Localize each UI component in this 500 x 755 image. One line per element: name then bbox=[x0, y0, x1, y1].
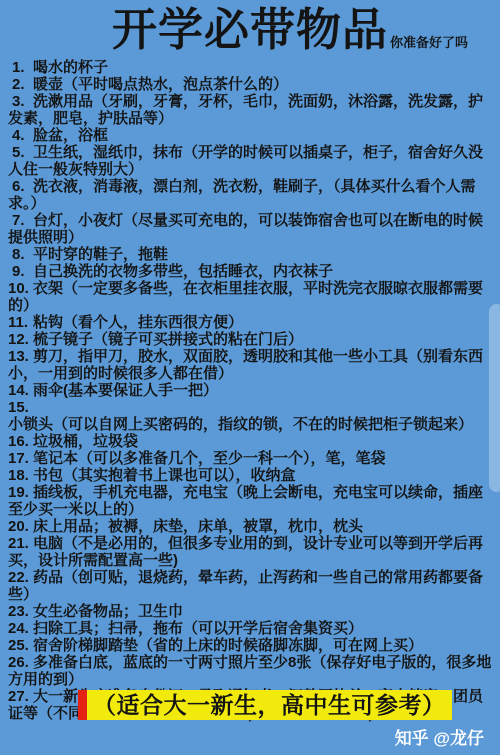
list-item-number: 21. bbox=[8, 535, 33, 552]
list-item-text: 暖壶（平时喝点热水，泡点茶什么的） bbox=[33, 76, 288, 93]
list-item-number: 26. bbox=[8, 654, 33, 671]
list-item: 15.小锁头（可以自网上买密码的，指纹的锁，不在的时候把柜子锁起来） bbox=[8, 399, 494, 433]
list-item: 20.床上用品；被褥，床垫，床单，被罩，枕巾，枕头 bbox=[8, 518, 494, 535]
list-item-text: 洗衣液，消毒液，漂白剂，洗衣粉，鞋刷子，（具体买什么看个人需求。） bbox=[8, 178, 476, 212]
list-item-text: 衣架（一定要多备些，在衣柜里挂衣服，平时洗完衣服晾衣服都需要的） bbox=[8, 280, 483, 314]
banner-row: （适合大一新生，高中生可参考） bbox=[78, 690, 452, 720]
list-item-text: 小锁头（可以自网上买密码的，指纹的锁，不在的时候把柜子锁起来） bbox=[8, 416, 473, 433]
list-item-number: 2. bbox=[8, 76, 33, 93]
list-item-number: 13. bbox=[8, 348, 33, 365]
list-item-number: 12. bbox=[8, 331, 33, 348]
banner-accent-bar bbox=[78, 690, 87, 720]
list-item-text: 洗漱用品（牙刷，牙膏，牙杯，毛巾，洗面奶，沐浴露，洗发露，护发素，肥皂，护肤品等… bbox=[8, 93, 483, 127]
title-row: 开学必带物品 你准备好了吗 bbox=[0, 0, 500, 55]
list-item: 4.脸盆，浴框 bbox=[8, 127, 494, 144]
list-item-number: 9. bbox=[8, 263, 33, 280]
list-item-number: 3. bbox=[8, 93, 33, 110]
list-item: 10.衣架（一定要多备些，在衣柜里挂衣服，平时洗完衣服晾衣服都需要的） bbox=[8, 280, 494, 314]
list-item-number: 8. bbox=[8, 246, 33, 263]
list-item-text: 女生必备物品；卫生巾 bbox=[33, 603, 183, 620]
list-item-text: 粘钩（看个人，挂东西很方便） bbox=[33, 314, 243, 331]
list-item-number: 5. bbox=[8, 144, 33, 161]
list-item-text: 平时穿的鞋子，拖鞋 bbox=[33, 246, 168, 263]
list-item-text: 笔记本（可以多准备几个，至少一科一个），笔，笔袋 bbox=[33, 450, 386, 467]
list-item: 13.剪刀，指甲刀，胶水，双面胶，透明胶和其他一些小工具（别看东西小，一用到的时… bbox=[8, 348, 494, 382]
list-item-text: 卫生纸，湿纸巾，抹布（开学的时候可以插桌子，柜子，宿舍好久没人住一般灰特别大） bbox=[8, 144, 483, 178]
list-item-text: 宿舍阶梯脚踏垫（省的上床的时候硌脚冻脚，可在网上买） bbox=[33, 637, 423, 654]
list-item-number: 6. bbox=[8, 178, 33, 195]
list-item-number: 22. bbox=[8, 569, 33, 586]
list-item: 21.电脑（不是必用的，但很多专业用的到，设计专业可以等到开学后再买，设计所需配… bbox=[8, 535, 494, 569]
list-item-number: 15. bbox=[8, 399, 33, 416]
list-item-number: 17. bbox=[8, 450, 33, 467]
watermark: 知乎 @龙仔 bbox=[395, 724, 484, 749]
list-item: 23.女生必备物品；卫生巾 bbox=[8, 603, 494, 620]
list-item-number: 27. bbox=[8, 688, 33, 705]
list-item: 26.多准备白底，蓝底的一寸两寸照片至少8张（保存好电子版的，很多地方用的到） bbox=[8, 654, 494, 688]
list-item-text: 插线板，手机充电器，充电宝（晚上会断电，充电宝可以续命，插座至少买一米以上的） bbox=[8, 484, 483, 518]
list-item: 14.雨伞(基本要保证人手一把） bbox=[8, 382, 494, 399]
page-title: 开学必带物品 bbox=[112, 5, 388, 55]
list-item-text: 药品（创可贴，退烧药，晕车药，止泻药和一些自己的常用药都要备些） bbox=[8, 569, 483, 603]
list-item-text: 多准备白底，蓝底的一寸两寸照片至少8张（保存好电子版的，很多地方用的到） bbox=[8, 654, 491, 688]
list-item: 17.笔记本（可以多准备几个，至少一科一个），笔，笔袋 bbox=[8, 450, 494, 467]
list-item-number: 1. bbox=[8, 59, 33, 76]
list-item: 16.垃圾桶，垃圾袋 bbox=[8, 433, 494, 450]
banner-text: （适合大一新生，高中生可参考） bbox=[87, 690, 452, 720]
list-item-text: 喝水的杯子 bbox=[33, 59, 108, 76]
list-item-text: 自己换洗的衣物多带些，包括睡衣，内衣袜子 bbox=[33, 263, 333, 280]
list-item-text: 台灯，小夜灯（尽量买可充电的，可以装饰宿舍也可以在断电的时候提供照明） bbox=[8, 212, 483, 246]
list-item: 24.扫除工具；扫帚，拖布（可以开学后宿舍集资买） bbox=[8, 620, 494, 637]
list-item: 8.平时穿的鞋子，拖鞋 bbox=[8, 246, 494, 263]
list-item-number: 16. bbox=[8, 433, 33, 450]
list-item-number: 14. bbox=[8, 382, 33, 399]
list-item-text: 雨伞(基本要保证人手一把） bbox=[33, 382, 218, 399]
list-item: 18.书包（其实抱着书上课也可以），收纳盒 bbox=[8, 467, 494, 484]
list-item: 25.宿舍阶梯脚踏垫（省的上床的时候硌脚冻脚，可在网上买） bbox=[8, 637, 494, 654]
list-item-number: 4. bbox=[8, 127, 33, 144]
list-item-text: 梳子镜子（镜子可买拼接式的粘在门后） bbox=[33, 331, 303, 348]
list-item: 3.洗漱用品（牙刷，牙膏，牙杯，毛巾，洗面奶，沐浴露，洗发露，护发素，肥皂，护肤… bbox=[8, 93, 494, 127]
scrollbar-thumb[interactable] bbox=[489, 304, 500, 492]
list-item-text: 剪刀，指甲刀，胶水，双面胶，透明胶和其他一些小工具（别看东西小，一用到的时候很多… bbox=[8, 348, 483, 382]
list-item-number: 24. bbox=[8, 620, 33, 637]
list-item-text: 书包（其实抱着书上课也可以），收纳盒 bbox=[33, 467, 296, 484]
list-item: 12.梳子镜子（镜子可买拼接式的粘在门后） bbox=[8, 331, 494, 348]
list-item-text: 床上用品；被褥，床垫，床单，被罩，枕巾，枕头 bbox=[33, 518, 363, 535]
list-item: 22.药品（创可贴，退烧药，晕车药，止泻药和一些自己的常用药都要备些） bbox=[8, 569, 494, 603]
list-item-number: 25. bbox=[8, 637, 33, 654]
list-item-text: 扫除工具；扫帚，拖布（可以开学后宿舍集资买） bbox=[33, 620, 363, 637]
list-item: 5.卫生纸，湿纸巾，抹布（开学的时候可以插桌子，柜子，宿舍好久没人住一般灰特别大… bbox=[8, 144, 494, 178]
list-item: 19.插线板，手机充电器，充电宝（晚上会断电，充电宝可以续命，插座至少买一米以上… bbox=[8, 484, 494, 518]
list-item-number: 18. bbox=[8, 467, 33, 484]
list-item-number: 23. bbox=[8, 603, 33, 620]
page-subtitle: 你准备好了吗 bbox=[390, 32, 468, 51]
list-item-text: 垃圾桶，垃圾袋 bbox=[33, 433, 138, 450]
list-item: 7.台灯，小夜灯（尽量买可充电的，可以装饰宿舍也可以在断电的时候提供照明） bbox=[8, 212, 494, 246]
list-item: 6.洗衣液，消毒液，漂白剂，洗衣粉，鞋刷子，（具体买什么看个人需求。） bbox=[8, 178, 494, 212]
list-item: 2.暖壶（平时喝点热水，泡点茶什么的） bbox=[8, 76, 494, 93]
list-item: 11.粘钩（看个人，挂东西很方便） bbox=[8, 314, 494, 331]
list-item-text: 电脑（不是必用的，但很多专业用的到，设计专业可以等到开学后再买，设计所需配置高一… bbox=[8, 535, 483, 569]
list-item-number: 10. bbox=[8, 280, 33, 297]
list-item: 9.自己换洗的衣物多带些，包括睡衣，内衣袜子 bbox=[8, 263, 494, 280]
list-item-text: 脸盆，浴框 bbox=[33, 127, 108, 144]
list-item-number: 19. bbox=[8, 484, 33, 501]
list-item-number: 7. bbox=[8, 212, 33, 229]
list-item: 1.喝水的杯子 bbox=[8, 59, 494, 76]
list-item-number: 20. bbox=[8, 518, 33, 535]
list-item-number: 11. bbox=[8, 314, 33, 331]
checklist: 1.喝水的杯子 2.暖壶（平时喝点热水，泡点茶什么的） 3.洗漱用品（牙刷，牙膏… bbox=[0, 59, 500, 722]
